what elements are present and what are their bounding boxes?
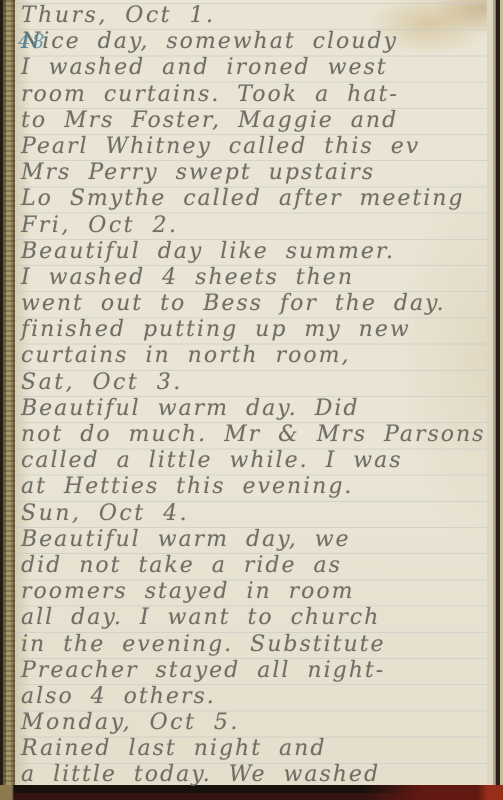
diary-line: a little today. We washed xyxy=(21,762,485,786)
entry-date: Fri, Oct 2. xyxy=(21,213,485,239)
diary-line: not do much. Mr & Mrs Parsons xyxy=(21,422,485,448)
diary-line: I washed 4 sheets then xyxy=(21,265,485,291)
diary-entry: Fri, Oct 2. Beautiful day like summer. I… xyxy=(21,213,485,370)
book-cover-bottom xyxy=(0,785,503,800)
entry-date: Thurs, Oct 1. xyxy=(21,3,485,29)
diary-book: 48 Thurs, Oct 1. Nice day, somewhat clou… xyxy=(0,0,503,800)
diary-entries: Thurs, Oct 1. Nice day, somewhat cloudy … xyxy=(21,3,485,786)
diary-line: Rained last night and xyxy=(21,736,485,762)
diary-line: also 4 others. xyxy=(21,684,485,710)
diary-entry: Sun, Oct 4. Beautiful warm day, we did n… xyxy=(21,501,485,711)
page-number: 48 xyxy=(18,29,45,53)
diary-line: went out to Bess for the day. xyxy=(21,291,485,317)
diary-line: Preacher stayed all night- xyxy=(21,658,485,684)
entry-date: Monday, Oct 5. xyxy=(21,710,485,736)
diary-line: at Hetties this evening. xyxy=(21,474,485,500)
diary-line: I washed and ironed west xyxy=(21,55,485,81)
diary-page: 48 Thurs, Oct 1. Nice day, somewhat clou… xyxy=(15,0,487,786)
diary-line: Lo Smythe called after meeting xyxy=(21,186,485,212)
diary-line: did not take a ride as xyxy=(21,553,485,579)
entry-date: Sat, Oct 3. xyxy=(21,370,485,396)
diary-line: to Mrs Foster, Maggie and xyxy=(21,108,485,134)
diary-entry: Monday, Oct 5. Rained last night and a l… xyxy=(21,710,485,786)
diary-line: roomers stayed in room xyxy=(21,579,485,605)
page-edge-right xyxy=(487,0,503,786)
diary-line: in the evening. Substitute xyxy=(21,632,485,658)
diary-line: Nice day, somewhat cloudy xyxy=(21,29,485,55)
diary-line: finished putting up my new xyxy=(21,317,485,343)
entry-date: Sun, Oct 4. xyxy=(21,501,485,527)
diary-entry: Sat, Oct 3. Beautiful warm day. Did not … xyxy=(21,370,485,501)
diary-line: Beautiful warm day. Did xyxy=(21,396,485,422)
diary-entry: Thurs, Oct 1. Nice day, somewhat cloudy … xyxy=(21,3,485,213)
diary-line: Beautiful day like summer. xyxy=(21,239,485,265)
diary-line: all day. I want to church xyxy=(21,605,485,631)
book-binding-left xyxy=(0,0,15,786)
diary-line: room curtains. Took a hat- xyxy=(21,82,485,108)
diary-line: Pearl Whitney called this ev xyxy=(21,134,485,160)
diary-line: curtains in north room, xyxy=(21,343,485,369)
diary-line: called a little while. I was xyxy=(21,448,485,474)
diary-line: Mrs Perry swept upstairs xyxy=(21,160,485,186)
diary-line: Beautiful warm day, we xyxy=(21,527,485,553)
